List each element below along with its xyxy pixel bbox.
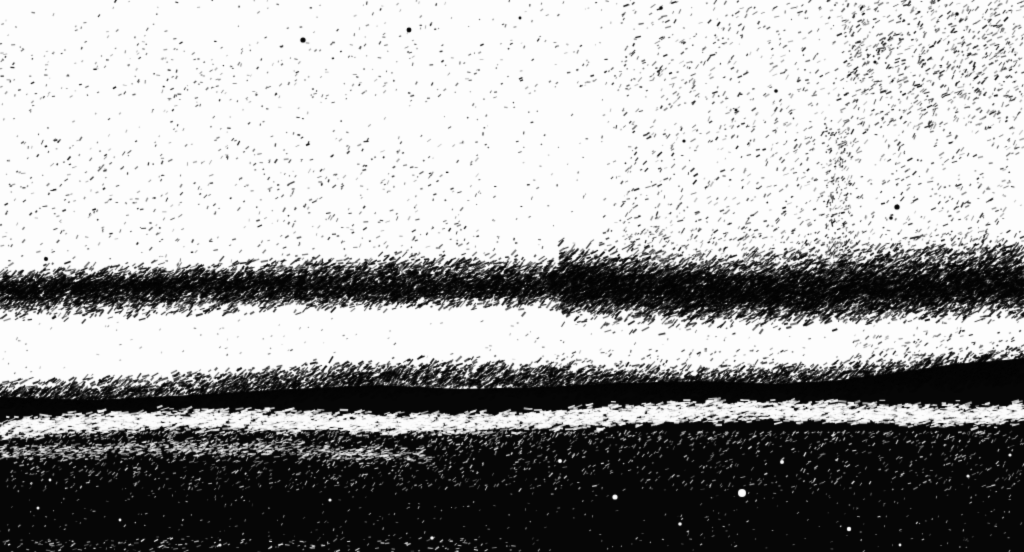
grain-texture-canvas (0, 0, 1024, 552)
binarized-photo (0, 0, 1024, 552)
